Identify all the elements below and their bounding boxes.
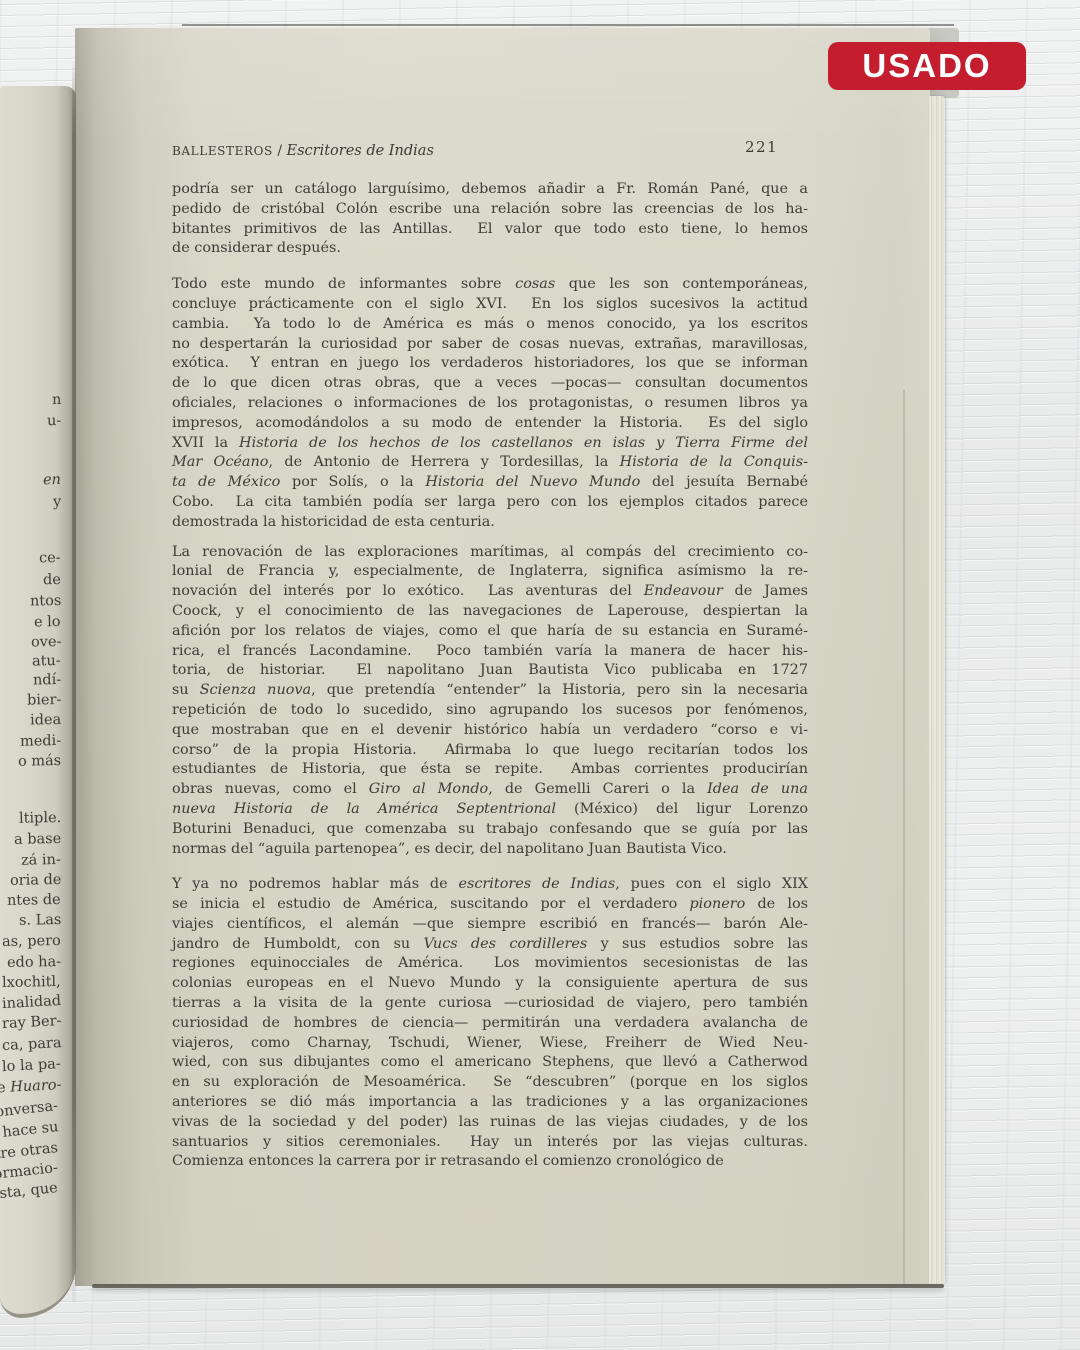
- italic-text-run: pionero: [689, 896, 745, 912]
- text-line: santuarios y sitios ceremoniales. Hay un…: [172, 1133, 808, 1153]
- text-run: ndí-: [33, 672, 61, 688]
- text-run: s. Las: [18, 912, 61, 929]
- page-number: 221: [745, 138, 778, 156]
- text-run: bier-: [27, 692, 62, 709]
- text-line: de considerar después.: [172, 239, 808, 259]
- usado-badge-label: USADO: [862, 47, 991, 85]
- text-line: vivas de la sociedad y del poder) las ru…: [172, 1113, 808, 1133]
- text-run: cambia. Ya todo lo de América es más o m…: [172, 316, 808, 332]
- left-page-text-fragment: de: [43, 572, 61, 588]
- text-run: concluye prácticamente con el siglo XVI.…: [172, 296, 808, 312]
- text-run: medi-: [20, 733, 61, 750]
- paragraph: La renovación de las exploraciones marít…: [172, 543, 808, 860]
- text-line: Todo este mundo de informantes sobre cos…: [172, 275, 808, 295]
- text-run: ltiple.: [19, 810, 61, 827]
- text-line: regiones equinocciales de América. Los m…: [172, 954, 808, 974]
- text-run: corso” de la propia Historia. Afirmaba l…: [172, 742, 808, 758]
- italic-text-run: cosas: [515, 276, 555, 292]
- left-page-text-fragment: atu-: [32, 653, 61, 669]
- text-run: regiones equinocciales de América. Los m…: [172, 955, 808, 971]
- text-line: lonial de Francia y, especialmente, de I…: [172, 562, 808, 582]
- text-run: curiosidad de hombres de ciencia— permit…: [172, 1015, 808, 1031]
- text-run: u-: [47, 413, 62, 429]
- text-line: bitantes primitivos de las Antillas. El …: [172, 220, 808, 240]
- left-page-text-fragment: oria de: [9, 872, 61, 889]
- text-run: lo la pa-: [2, 1056, 61, 1075]
- text-run: pedido de cristóbal Colón escribe una re…: [172, 201, 808, 217]
- left-page-text-fragment: ndí-: [33, 672, 61, 688]
- text-run: a hace su: [0, 1119, 59, 1142]
- text-run: de: [43, 572, 61, 588]
- left-page-text-fragment: as, pero: [2, 933, 61, 950]
- text-run: de considerar después.: [172, 240, 341, 256]
- text-run: que mostraban que en el devenir históric…: [172, 722, 808, 738]
- text-run: santuarios y sitios ceremoniales. Hay un…: [172, 1134, 808, 1150]
- text-run: e: [0, 1080, 10, 1097]
- left-page-text-fragment: a hace su: [0, 1119, 59, 1142]
- text-line: toria, de historiar. El napolitano Juan …: [172, 661, 808, 681]
- text-run: estudiantes de Historia, que ésta se rep…: [172, 761, 808, 777]
- italic-text-run: Historia del Nuevo Mundo: [425, 474, 640, 490]
- text-run: edo ha-: [7, 954, 61, 971]
- text-run: que les son contemporáneas,: [555, 276, 808, 292]
- text-run: y: [53, 494, 61, 510]
- left-page-text-fragment: en: [43, 472, 61, 488]
- text-run: no despertarán la curiosidad por saber d…: [172, 336, 808, 352]
- left-page-text-fragment: e lo: [34, 614, 61, 630]
- text-run: jandro de Humboldt, con su: [172, 936, 423, 952]
- book-bottom-edge-shadow: [92, 1284, 944, 1288]
- left-page-text-fragment: ca, para: [1, 1035, 61, 1054]
- text-line: concluye prácticamente con el siglo XVI.…: [172, 295, 808, 315]
- text-line: su Scienza nuova, que pretendía “entende…: [172, 681, 808, 701]
- text-run: wied, con sus dibujantes como el america…: [172, 1054, 808, 1070]
- text-run: rica, el francés Lacondamine. Poco tambi…: [172, 643, 808, 659]
- text-run: lxochitl,: [2, 974, 61, 991]
- text-line: afición por los relatos de viajes, como …: [172, 622, 808, 642]
- text-run: en su exploración de Mesoamérica. Se “de…: [172, 1074, 808, 1090]
- text-run: normas del “aguila partenopea”, es decir…: [172, 841, 727, 857]
- text-run: de los: [745, 896, 808, 912]
- text-line: estudiantes de Historia, que ésta se rep…: [172, 760, 808, 780]
- running-header-separator: /: [273, 143, 287, 159]
- text-run: zá in-: [21, 852, 61, 869]
- left-page-text-fragment: s. Las: [18, 912, 61, 929]
- text-run: Todo este mundo de informantes sobre: [172, 276, 515, 292]
- text-run: toria, de historiar. El napolitano Juan …: [172, 662, 808, 678]
- left-page-text-fragment: ntes de: [7, 892, 61, 909]
- left-page-text-fragment: ray Ber-: [1, 1013, 61, 1032]
- text-run: Cobo. La cita también podía ser larga pe…: [172, 494, 808, 510]
- running-header: BALLESTEROS / Escritores de Indias: [172, 140, 732, 159]
- text-run: ce-: [39, 550, 61, 566]
- text-line: viajes científicos, el alemán —que siemp…: [172, 915, 808, 935]
- text-run: idea: [30, 712, 61, 729]
- text-run: ca, para: [1, 1035, 61, 1054]
- text-line: impresos, acomodándolos a su modo de ent…: [172, 414, 808, 434]
- left-page-text-fragment: lxochitl,: [2, 974, 61, 991]
- left-page-text-fragment: o más: [18, 753, 61, 770]
- paragraph: Todo este mundo de informantes sobre cos…: [172, 275, 808, 532]
- running-header-author: BALLESTEROS: [172, 144, 273, 158]
- text-line: novación del interés por lo exótico. Las…: [172, 582, 808, 602]
- text-line: obras nuevas, como el Giro al Mondo, de …: [172, 780, 808, 800]
- text-run: oria de: [9, 872, 61, 889]
- text-run: tierras a la visita de la gente curiosa …: [172, 995, 808, 1011]
- text-line: podría ser un catálogo larguísimo, debem…: [172, 180, 808, 200]
- text-run: obras nuevas, como el: [172, 781, 369, 797]
- italic-text-run: ta de México: [172, 474, 280, 490]
- text-run: afición por los relatos de viajes, como …: [172, 623, 808, 639]
- text-run: , pues con el siglo XIX: [615, 876, 808, 892]
- text-run: exótica. Y entran en juego los verdadero…: [172, 355, 808, 371]
- text-line: XVII la Historia de los hechos de los ca…: [172, 434, 808, 454]
- text-run: de James: [723, 583, 808, 599]
- text-run: o más: [18, 753, 61, 770]
- text-run: Y ya no podremos hablar más de: [172, 876, 458, 892]
- italic-text-run: Idea de una: [707, 781, 808, 797]
- paragraph: Y ya no podremos hablar más de escritore…: [172, 875, 808, 1172]
- italic-text-run: Endeavour: [644, 583, 723, 599]
- text-run: , de Antonio de Herrera y Tordesillas, l…: [268, 454, 619, 470]
- paragraph: podría ser un catálogo larguísimo, debem…: [172, 180, 808, 259]
- left-page-text-fragment: u-: [47, 413, 62, 429]
- italic-text-run: Historia de la Conquis-: [620, 454, 808, 470]
- text-run: conversa-: [0, 1098, 59, 1121]
- text-run: ntes de: [7, 892, 61, 909]
- text-run: vivas de la sociedad y del poder) las ru…: [172, 1114, 808, 1130]
- italic-text-run: Giro al Mondo: [369, 781, 488, 797]
- text-line: tierras a la visita de la gente curiosa …: [172, 994, 808, 1014]
- text-run: del jesuíta Bernabé: [640, 474, 808, 490]
- text-run: Comienza entonces la carrera por ir retr…: [172, 1153, 724, 1169]
- text-line: Comienza entonces la carrera por ir retr…: [172, 1152, 808, 1172]
- page-stack-inner-edge: [903, 390, 905, 1284]
- text-run: repetición de todo lo sucedido, sino agr…: [172, 702, 808, 718]
- left-page-text-fragment: y: [53, 494, 61, 510]
- text-line: no despertarán la curiosidad por saber d…: [172, 335, 808, 355]
- text-run: XVII la: [172, 435, 239, 451]
- text-line: ta de México por Solís, o la Historia de…: [172, 473, 808, 493]
- text-run: viajeros, como Charnay, Tschudi, Wiener,…: [172, 1035, 808, 1051]
- text-line: oficiales, relaciones o informaciones de…: [172, 394, 808, 414]
- page-stack-fore-edge: [929, 96, 945, 1284]
- text-run: ray Ber-: [1, 1013, 61, 1032]
- text-line: Y ya no podremos hablar más de escritore…: [172, 875, 808, 895]
- text-run: La renovación de las exploraciones marít…: [172, 544, 808, 560]
- usado-badge: USADO: [828, 42, 1026, 90]
- text-line: de lo que dicen otras obras, que a veces…: [172, 374, 808, 394]
- text-run: de lo que dicen otras obras, que a veces…: [172, 375, 808, 391]
- text-line: que mostraban que en el devenir históric…: [172, 721, 808, 741]
- text-run: su: [172, 682, 200, 698]
- running-header-title: Escritores de Indias: [287, 143, 434, 159]
- left-page-text-fragment: inalidad: [2, 993, 62, 1012]
- book-gutter-crease: [72, 60, 76, 1302]
- italic-text-run: nueva Historia de la América Septentrion…: [172, 801, 556, 817]
- text-run: lista, que: [0, 1180, 59, 1203]
- italic-text-run: Scienza nuova: [200, 682, 311, 698]
- text-run: , de Gemelli Careri o la: [488, 781, 707, 797]
- text-run: as, pero: [2, 933, 61, 950]
- left-page-text-fragment: a base: [14, 831, 61, 848]
- text-run: ntos: [30, 593, 62, 610]
- text-line: Mar Océano, de Antonio de Herrera y Tord…: [172, 453, 808, 473]
- text-line: viajeros, como Charnay, Tschudi, Wiener,…: [172, 1034, 808, 1054]
- italic-text-run: en: [43, 472, 61, 488]
- book-back-cover-top-edge: [182, 24, 954, 26]
- text-line: repetición de todo lo sucedido, sino agr…: [172, 701, 808, 721]
- text-line: en su exploración de Mesoamérica. Se “de…: [172, 1073, 808, 1093]
- left-page-text-fragment: idea: [30, 712, 61, 729]
- text-run: a base: [14, 831, 61, 848]
- left-page-text-fragment: bier-: [27, 692, 62, 709]
- text-line: jandro de Humboldt, con su Vucs des cord…: [172, 935, 808, 955]
- italic-text-run: escritores de Indias: [458, 876, 615, 892]
- text-line: exótica. Y entran en juego los verdadero…: [172, 354, 808, 374]
- text-run: inalidad: [2, 993, 62, 1012]
- text-line: Coock, y el conocimiento de las navegaci…: [172, 602, 808, 622]
- left-page-text-fragment: zá in-: [21, 852, 61, 869]
- italic-text-run: Huaro-: [9, 1077, 61, 1096]
- text-line: La renovación de las exploraciones marít…: [172, 543, 808, 563]
- text-line: corso” de la propia Historia. Afirmaba l…: [172, 741, 808, 761]
- left-page-text-fragment: n: [52, 392, 62, 408]
- italic-text-run: Mar Océano: [172, 454, 268, 470]
- text-run: podría ser un catálogo larguísimo, debem…: [172, 181, 808, 197]
- text-line: Cobo. La cita también podía ser larga pe…: [172, 493, 808, 513]
- text-run: atu-: [32, 653, 61, 669]
- text-run: por Solís, o la: [280, 474, 425, 490]
- text-run: (México) del ligur Lorenzo: [556, 801, 808, 817]
- text-line: rica, el francés Lacondamine. Poco tambi…: [172, 642, 808, 662]
- left-page-text-fragment: lista, que: [0, 1180, 59, 1203]
- text-run: viajes científicos, el alemán —que siemp…: [172, 916, 808, 932]
- text-line: nueva Historia de la América Septentrion…: [172, 800, 808, 820]
- text-run: demostrada la historicidad de esta centu…: [172, 514, 495, 530]
- text-run: lonial de Francia y, especialmente, de I…: [172, 563, 808, 579]
- text-run: , que pretendía “entender” la Historia, …: [311, 682, 808, 698]
- left-page-text-fragment: ntos: [30, 593, 62, 610]
- left-page-text-fragment: e Huaro-: [0, 1077, 61, 1096]
- text-line: pedido de cristóbal Colón escribe una re…: [172, 200, 808, 220]
- text-run: anteriores se dió más importancia a las …: [172, 1094, 808, 1110]
- left-page-text-fragment: lo la pa-: [2, 1056, 61, 1075]
- left-page-text-fragment: ltiple.: [19, 810, 61, 827]
- text-line: wied, con sus dibujantes como el america…: [172, 1053, 808, 1073]
- text-run: impresos, acomodándolos a su modo de ent…: [172, 415, 808, 431]
- text-run: oficiales, relaciones o informaciones de…: [172, 395, 808, 411]
- text-run: Boturini Benaduci, que comenzaba su trab…: [172, 821, 808, 837]
- text-line: se inicia el estudio de América, suscita…: [172, 895, 808, 915]
- left-page-fragments: nu-enyce-dentose loove-atu-ndí-bier-idea…: [0, 0, 66, 1350]
- text-line: anteriores se dió más importancia a las …: [172, 1093, 808, 1113]
- text-line: normas del “aguila partenopea”, es decir…: [172, 840, 808, 860]
- left-page-text-fragment: medi-: [20, 733, 61, 750]
- left-page-text-fragment: edo ha-: [7, 954, 61, 971]
- text-run: novación del interés por lo exótico. Las…: [172, 583, 644, 599]
- text-line: cambia. Ya todo lo de América es más o m…: [172, 315, 808, 335]
- italic-text-run: Vucs des cordilleres: [423, 936, 587, 952]
- text-run: y sus estudios sobre las: [587, 936, 808, 952]
- left-page-text-fragment: conversa-: [0, 1098, 59, 1121]
- left-page-text-fragment: ove-: [30, 634, 61, 651]
- text-line: Boturini Benaduci, que comenzaba su trab…: [172, 820, 808, 840]
- text-line: demostrada la historicidad de esta centu…: [172, 513, 808, 533]
- paragraphs: podría ser un catálogo larguísimo, debem…: [172, 180, 808, 1188]
- text-run: Coock, y el conocimiento de las navegaci…: [172, 603, 808, 619]
- text-line: curiosidad de hombres de ciencia— permit…: [172, 1014, 808, 1034]
- text-run: ove-: [30, 634, 61, 651]
- left-page-text-fragment: ce-: [39, 550, 61, 566]
- italic-text-run: Historia de los hechos de los castellano…: [239, 435, 808, 451]
- text-run: n: [52, 392, 62, 408]
- text-run: colonias europeas en el Nuevo Mundo y la…: [172, 975, 808, 991]
- text-run: e lo: [34, 614, 61, 630]
- text-run: se inicia el estudio de América, suscita…: [172, 896, 689, 912]
- text-run: bitantes primitivos de las Antillas. El …: [172, 221, 808, 237]
- text-line: colonias europeas en el Nuevo Mundo y la…: [172, 974, 808, 994]
